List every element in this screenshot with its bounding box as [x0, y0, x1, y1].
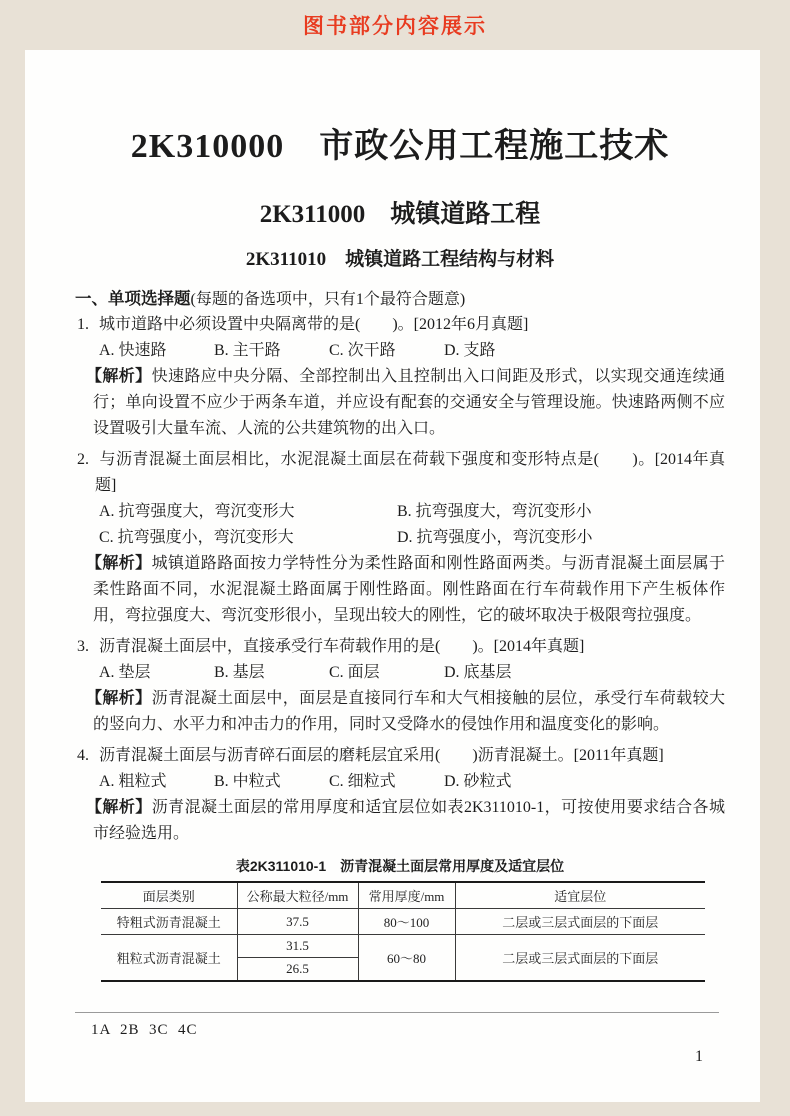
option-d: D. 砂粒式	[444, 769, 725, 795]
analysis: 【解析】沥青混凝土面层中，面层是直接同行车和大气相接触的层位，承受行车荷载较大的…	[93, 686, 725, 738]
banner-title: 图书部分内容展示	[303, 10, 487, 40]
page-number: 1	[75, 1047, 725, 1067]
options-row: A. 垫层 B. 基层 C. 面层 D. 底基层	[99, 660, 725, 686]
analysis-text: 快速路应中央分隔、全部控制出入且控制出入口间距及形式，以实现交通连续通行；单向设…	[93, 368, 725, 437]
question-text: 与沥青混凝土面层相比，水泥混凝土面层在荷载下强度和变形特点是( )。[2014年…	[95, 451, 725, 494]
question-text: 沥青混凝土面层中，直接承受行车荷载作用的是( )。[2014年真题]	[99, 638, 584, 655]
cell-max-particle: 37.5	[237, 909, 358, 935]
subsection-title: 2K311010 城镇道路工程结构与材料	[75, 247, 725, 273]
analysis-text: 城镇道路路面按力学特性分为柔性路面和刚性路面两类。与沥青混凝土面层属于柔性路面不…	[93, 555, 725, 624]
option-b: B. 抗弯强度大，弯沉变形小	[397, 499, 725, 525]
cell-layer-type: 粗粒式沥青混凝土	[101, 935, 237, 982]
question-text: 城市道路中必须设置中央隔离带的是( )。[2012年6月真题]	[99, 316, 528, 333]
option-d: D. 底基层	[444, 660, 725, 686]
section-title: 2K311000 城镇道路工程	[75, 198, 725, 232]
cell-layer-type: 特粗式沥青混凝土	[101, 909, 237, 935]
analysis: 【解析】城镇道路路面按力学特性分为柔性路面和刚性路面两类。与沥青混凝土面层属于柔…	[93, 551, 725, 629]
question-stem: 2.与沥青混凝土面层相比，水泥混凝土面层在荷载下强度和变形特点是( )。[201…	[95, 447, 725, 499]
option-c: C. 次干路	[329, 338, 444, 364]
top-banner: 图书部分内容展示	[0, 0, 790, 50]
question-number: 1.	[77, 316, 89, 333]
question-type-heading: 一、单项选择题(每题的备选项中，只有1个最符合题意)	[75, 287, 725, 312]
question-type-note: (每题的备选项中，只有1个最符合题意)	[191, 291, 466, 308]
col-header-max-particle: 公称最大粒径/mm	[237, 882, 358, 909]
option-b: B. 基层	[214, 660, 329, 686]
col-header-position: 适宜层位	[455, 882, 705, 909]
question-number: 2.	[77, 451, 89, 468]
cell-max-particle: 31.5	[237, 935, 358, 958]
option-c: C. 面层	[329, 660, 444, 686]
option-a: A. 快速路	[99, 338, 214, 364]
analysis-label: 【解析】	[86, 368, 152, 385]
col-header-layer-type: 面层类别	[101, 882, 237, 909]
question-block-4: 4.沥青混凝土面层与沥青碎石面层的磨耗层宜采用( )沥青混凝土。[2011年真题…	[75, 743, 725, 847]
options-row: A. 快速路 B. 主干路 C. 次干路 D. 支路	[99, 338, 725, 364]
analysis: 【解析】快速路应中央分隔、全部控制出入且控制出入口间距及形式，以实现交通连续通行…	[93, 364, 725, 442]
table-row: 粗粒式沥青混凝土 31.5 60～80 二层或三层式面层的下面层	[101, 935, 705, 958]
col-header-thickness: 常用厚度/mm	[358, 882, 455, 909]
answer-key: 1A 2B 3C 4C	[91, 1020, 725, 1040]
question-text: 沥青混凝土面层与沥青碎石面层的磨耗层宜采用( )沥青混凝土。[2011年真题]	[99, 747, 664, 764]
option-a: A. 垫层	[99, 660, 214, 686]
question-block-3: 3.沥青混凝土面层中，直接承受行车荷载作用的是( )。[2014年真题] A. …	[75, 634, 725, 738]
question-number: 4.	[77, 747, 89, 764]
option-d: D. 抗弯强度小，弯沉变形小	[397, 525, 725, 551]
question-number: 3.	[77, 638, 89, 655]
question-type-label: 一、单项选择题	[75, 290, 191, 308]
option-a: A. 粗粒式	[99, 769, 214, 795]
question-stem: 1.城市道路中必须设置中央隔离带的是( )。[2012年6月真题]	[95, 312, 725, 338]
thickness-table: 面层类别 公称最大粒径/mm 常用厚度/mm 适宜层位 特粗式沥青混凝土 37.…	[101, 881, 705, 982]
table-title: 表2K311010-1 沥青混凝土面层常用厚度及适宜层位	[75, 856, 725, 876]
cell-max-particle: 26.5	[237, 958, 358, 982]
cell-position: 二层或三层式面层的下面层	[455, 935, 705, 982]
option-b: B. 中粒式	[214, 769, 329, 795]
option-c: C. 细粒式	[329, 769, 444, 795]
cell-position: 二层或三层式面层的下面层	[455, 909, 705, 935]
question-block-1: 1.城市道路中必须设置中央隔离带的是( )。[2012年6月真题] A. 快速路…	[75, 312, 725, 442]
cell-thickness: 60～80	[358, 935, 455, 982]
question-stem: 3.沥青混凝土面层中，直接承受行车荷载作用的是( )。[2014年真题]	[95, 634, 725, 660]
options-row: A. 粗粒式 B. 中粒式 C. 细粒式 D. 砂粒式	[99, 769, 725, 795]
book-page: 2K310000 市政公用工程施工技术 2K311000 城镇道路工程 2K31…	[25, 50, 760, 1102]
cell-thickness: 80～100	[358, 909, 455, 935]
analysis-text: 沥青混凝土面层的常用厚度和适宜层位如表2K311010-1，可按使用要求结合各城…	[93, 799, 725, 842]
table-row: 特粗式沥青混凝土 37.5 80～100 二层或三层式面层的下面层	[101, 909, 705, 935]
table-header-row: 面层类别 公称最大粒径/mm 常用厚度/mm 适宜层位	[101, 882, 705, 909]
analysis-label: 【解析】	[86, 690, 152, 707]
option-a: A. 抗弯强度大，弯沉变形大	[99, 499, 397, 525]
chapter-title: 2K310000 市政公用工程施工技术	[75, 125, 725, 169]
footer-divider	[75, 1012, 719, 1013]
analysis: 【解析】沥青混凝土面层的常用厚度和适宜层位如表2K311010-1，可按使用要求…	[93, 795, 725, 847]
option-c: C. 抗弯强度小，弯沉变形大	[99, 525, 397, 551]
analysis-label: 【解析】	[86, 555, 152, 572]
option-d: D. 支路	[444, 338, 725, 364]
analysis-label: 【解析】	[86, 799, 152, 816]
analysis-text: 沥青混凝土面层中，面层是直接同行车和大气相接触的层位，承受行车荷载较大的竖向力、…	[93, 690, 725, 733]
question-stem: 4.沥青混凝土面层与沥青碎石面层的磨耗层宜采用( )沥青混凝土。[2011年真题…	[95, 743, 725, 769]
option-b: B. 主干路	[214, 338, 329, 364]
options-grid: A. 抗弯强度大，弯沉变形大 B. 抗弯强度大，弯沉变形小 C. 抗弯强度小，弯…	[99, 499, 725, 551]
question-block-2: 2.与沥青混凝土面层相比，水泥混凝土面层在荷载下强度和变形特点是( )。[201…	[75, 447, 725, 629]
